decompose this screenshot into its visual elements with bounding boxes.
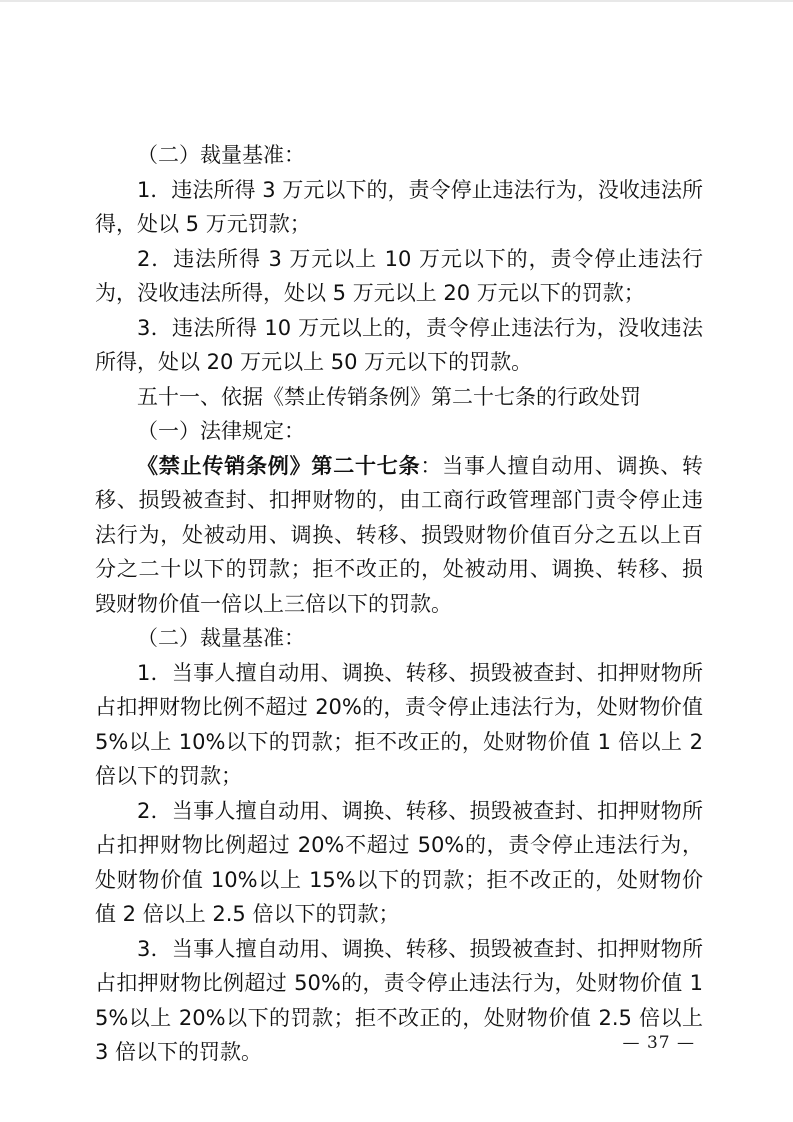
paragraph: 1．当事人擅自动用、调换、转移、损毁被查封、扣押财物所占扣押财物比例不超过 20… — [95, 656, 703, 794]
paragraph: 2．当事人擅自动用、调换、转移、损毁被查封、扣押财物所占扣押财物比例超过 20%… — [95, 794, 703, 932]
document-body-text: （二）裁量基准：1．违法所得 3 万元以下的，责令停止违法行为，没收违法所得，处… — [95, 138, 703, 1070]
page-number: — 37 — — [623, 1032, 695, 1054]
paragraph: 2．违法所得 3 万元以上 10 万元以下的，责令停止违法行为，没收违法所得，处… — [95, 242, 703, 311]
paragraph: 《禁止传销条例》第二十七条：当事人擅自动用、调换、转移、损毁被查封、扣押财物的，… — [95, 449, 703, 622]
paragraph: 3．当事人擅自动用、调换、转移、损毁被查封、扣押财物所占扣押财物比例超过 50%… — [95, 932, 703, 1070]
paragraph: （二）裁量基准： — [95, 621, 703, 656]
paragraph: （二）裁量基准： — [95, 138, 703, 173]
document-page: （二）裁量基准：1．违法所得 3 万元以下的，责令停止违法行为，没收违法所得，处… — [0, 0, 793, 1122]
paragraph: 1．违法所得 3 万元以下的，责令停止违法行为，没收违法所得，处以 5 万元罚款… — [95, 173, 703, 242]
bold-article-title: 《禁止传销条例》第二十七条 — [137, 454, 420, 478]
section-heading: 五十一、依据《禁止传销条例》第二十七条的行政处罚 — [95, 380, 703, 415]
paragraph: 3．违法所得 10 万元以上的，责令停止违法行为，没收违法所得，处以 20 万元… — [95, 311, 703, 380]
paragraph: （一）法律规定： — [95, 414, 703, 449]
